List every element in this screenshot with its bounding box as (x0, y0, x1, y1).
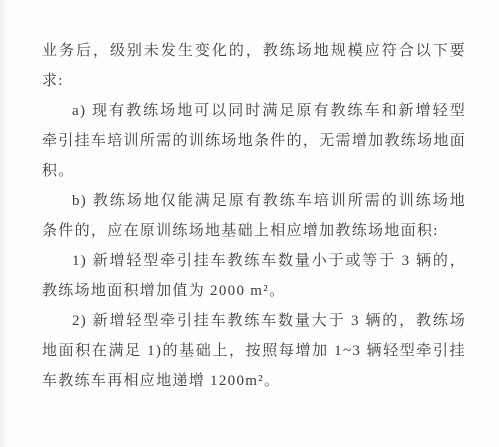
paragraph-intro-continuation: 业务后，级别未发生变化的，教练场地规模应符合以下要求: (42, 36, 466, 96)
document-text-block: 业务后，级别未发生变化的，教练场地规模应符合以下要求: a) 现有教练场地可以同… (42, 36, 466, 396)
paragraph-item-b: b) 教练场地仅能满足原有教练车培训所需的训练场地条件的，应在原训练场地基础上相… (42, 186, 466, 246)
paragraph-item-b2: 2) 新增轻型牵引挂车教练车数量大于 3 辆的，教练场地面积在满足 1)的基础上… (42, 306, 466, 396)
paragraph-item-b1: 1) 新增轻型牵引挂车教练车数量小于或等于 3 辆的，教练场地面积增加值为 20… (42, 246, 466, 306)
paragraph-item-a: a) 现有教练场地可以同时满足原有教练车和新增轻型牵引挂车培训所需的训练场地条件… (42, 96, 466, 186)
document-page: 业务后，级别未发生变化的，教练场地规模应符合以下要求: a) 现有教练场地可以同… (0, 0, 499, 447)
